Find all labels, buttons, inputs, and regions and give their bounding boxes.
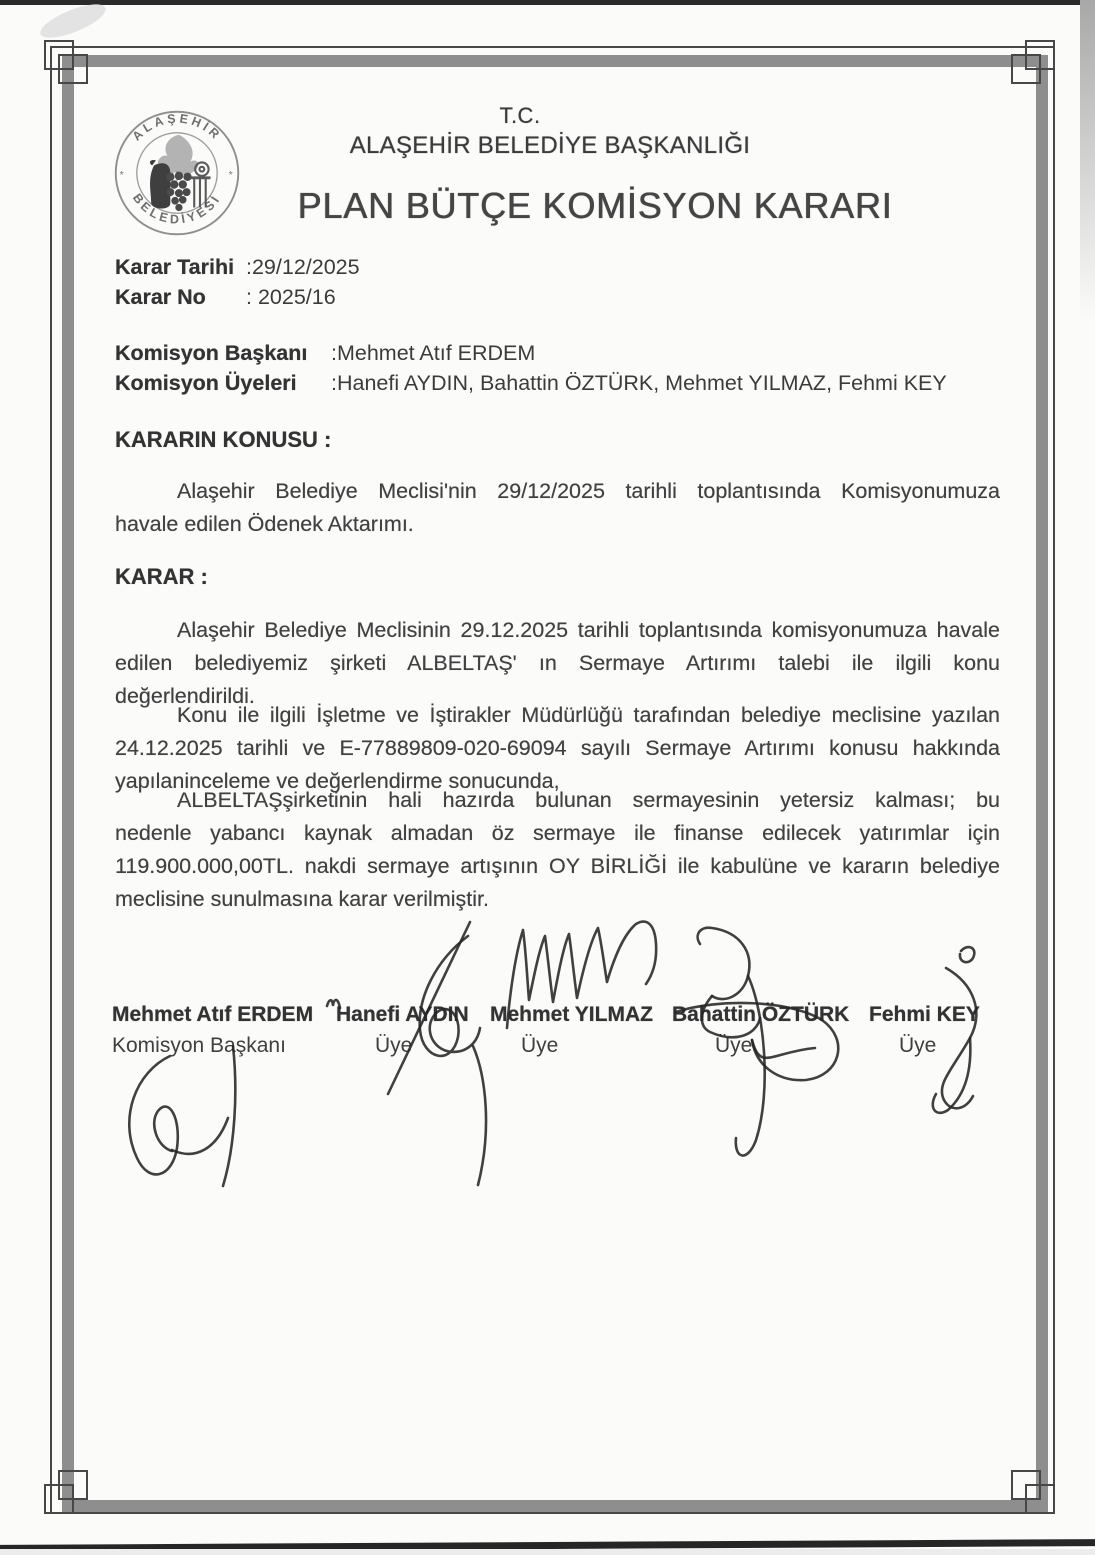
signatory-member-1: Hanefi AYDIN Üye — [336, 1003, 469, 1058]
decision-date-value: :29/12/2025 — [246, 255, 360, 279]
signatory-member-3: Bahattin ÖZTÜRK Üye — [672, 1003, 849, 1058]
decision-number-label: Karar No — [115, 284, 246, 310]
commission-members-value: :Hanefi AYDIN, Bahattin ÖZTÜRK, Mehmet Y… — [331, 371, 947, 395]
seal-star-right-icon: * — [229, 169, 233, 181]
signatory-name: Hanefi AYDIN — [336, 1003, 469, 1027]
seal-star-left-icon: * — [120, 169, 124, 181]
signatory-role: Üye — [336, 1034, 469, 1058]
subject-paragraph: Alaşehir Belediye Meclisi'nin 29/12/2025… — [115, 475, 1000, 541]
scan-right-paper-edge — [1080, 0, 1095, 320]
scan-top-edge — [0, 0, 1095, 5]
decision-date-label: Karar Tarihi — [115, 254, 246, 280]
signatory-role: Üye — [490, 1034, 653, 1058]
signatory-role: Komisyon Başkanı — [112, 1034, 313, 1058]
decision-number-line: Karar No: 2025/16 — [115, 284, 336, 310]
signatory-member-2: Mehmet YILMAZ Üye — [490, 1003, 653, 1058]
authority-name: ALAŞEHİR BELEDİYE BAŞKANLIĞI — [115, 132, 985, 160]
signatory-role: Üye — [869, 1034, 980, 1058]
decision-date-line: Karar Tarihi:29/12/2025 — [115, 254, 360, 280]
signatory-member-4: Fehmi KEY Üye — [869, 1003, 980, 1058]
scan-below-page — [0, 1549, 1095, 1555]
signatory-name: Mehmet YILMAZ — [490, 1003, 653, 1027]
scanned-decision-page: ALAŞEHİR BELEDİYESİ * * T.C. ALAŞEHİR BE… — [0, 0, 1095, 1555]
state-abbreviation: T.C. — [115, 103, 925, 129]
signatory-role: Üye — [672, 1034, 849, 1058]
document-title: PLAN BÜTÇE KOMİSYON KARARI — [115, 185, 1075, 227]
decision-number-value: : 2025/16 — [246, 285, 336, 309]
signatory-name: Mehmet Atıf ERDEM — [112, 1003, 313, 1027]
commission-members-label: Komisyon Üyeleri — [115, 370, 331, 396]
decision-paragraph: ALBELTAŞşirketinin hali hazırda bulunan … — [115, 784, 1000, 916]
scan-smudge — [36, 0, 109, 44]
commission-chairman-value: :Mehmet Atıf ERDEM — [331, 341, 535, 365]
frame-corner-square — [58, 1470, 88, 1500]
subject-heading: KARARIN KONUSU : — [115, 427, 331, 453]
frame-corner-square — [1011, 1470, 1041, 1500]
decision-heading: KARAR : — [115, 564, 208, 590]
signatory-chairman: Mehmet Atıf ERDEM Komisyon Başkanı — [112, 1003, 313, 1058]
frame-corner-square — [1011, 54, 1041, 84]
commission-chairman-line: Komisyon Başkanı:Mehmet Atıf ERDEM — [115, 340, 535, 366]
frame-corner-square — [58, 54, 88, 84]
commission-chairman-label: Komisyon Başkanı — [115, 340, 331, 366]
signatory-name: Fehmi KEY — [869, 1003, 980, 1027]
commission-members-line: Komisyon Üyeleri:Hanefi AYDIN, Bahattin … — [115, 370, 947, 396]
signatory-name: Bahattin ÖZTÜRK — [672, 1003, 849, 1027]
